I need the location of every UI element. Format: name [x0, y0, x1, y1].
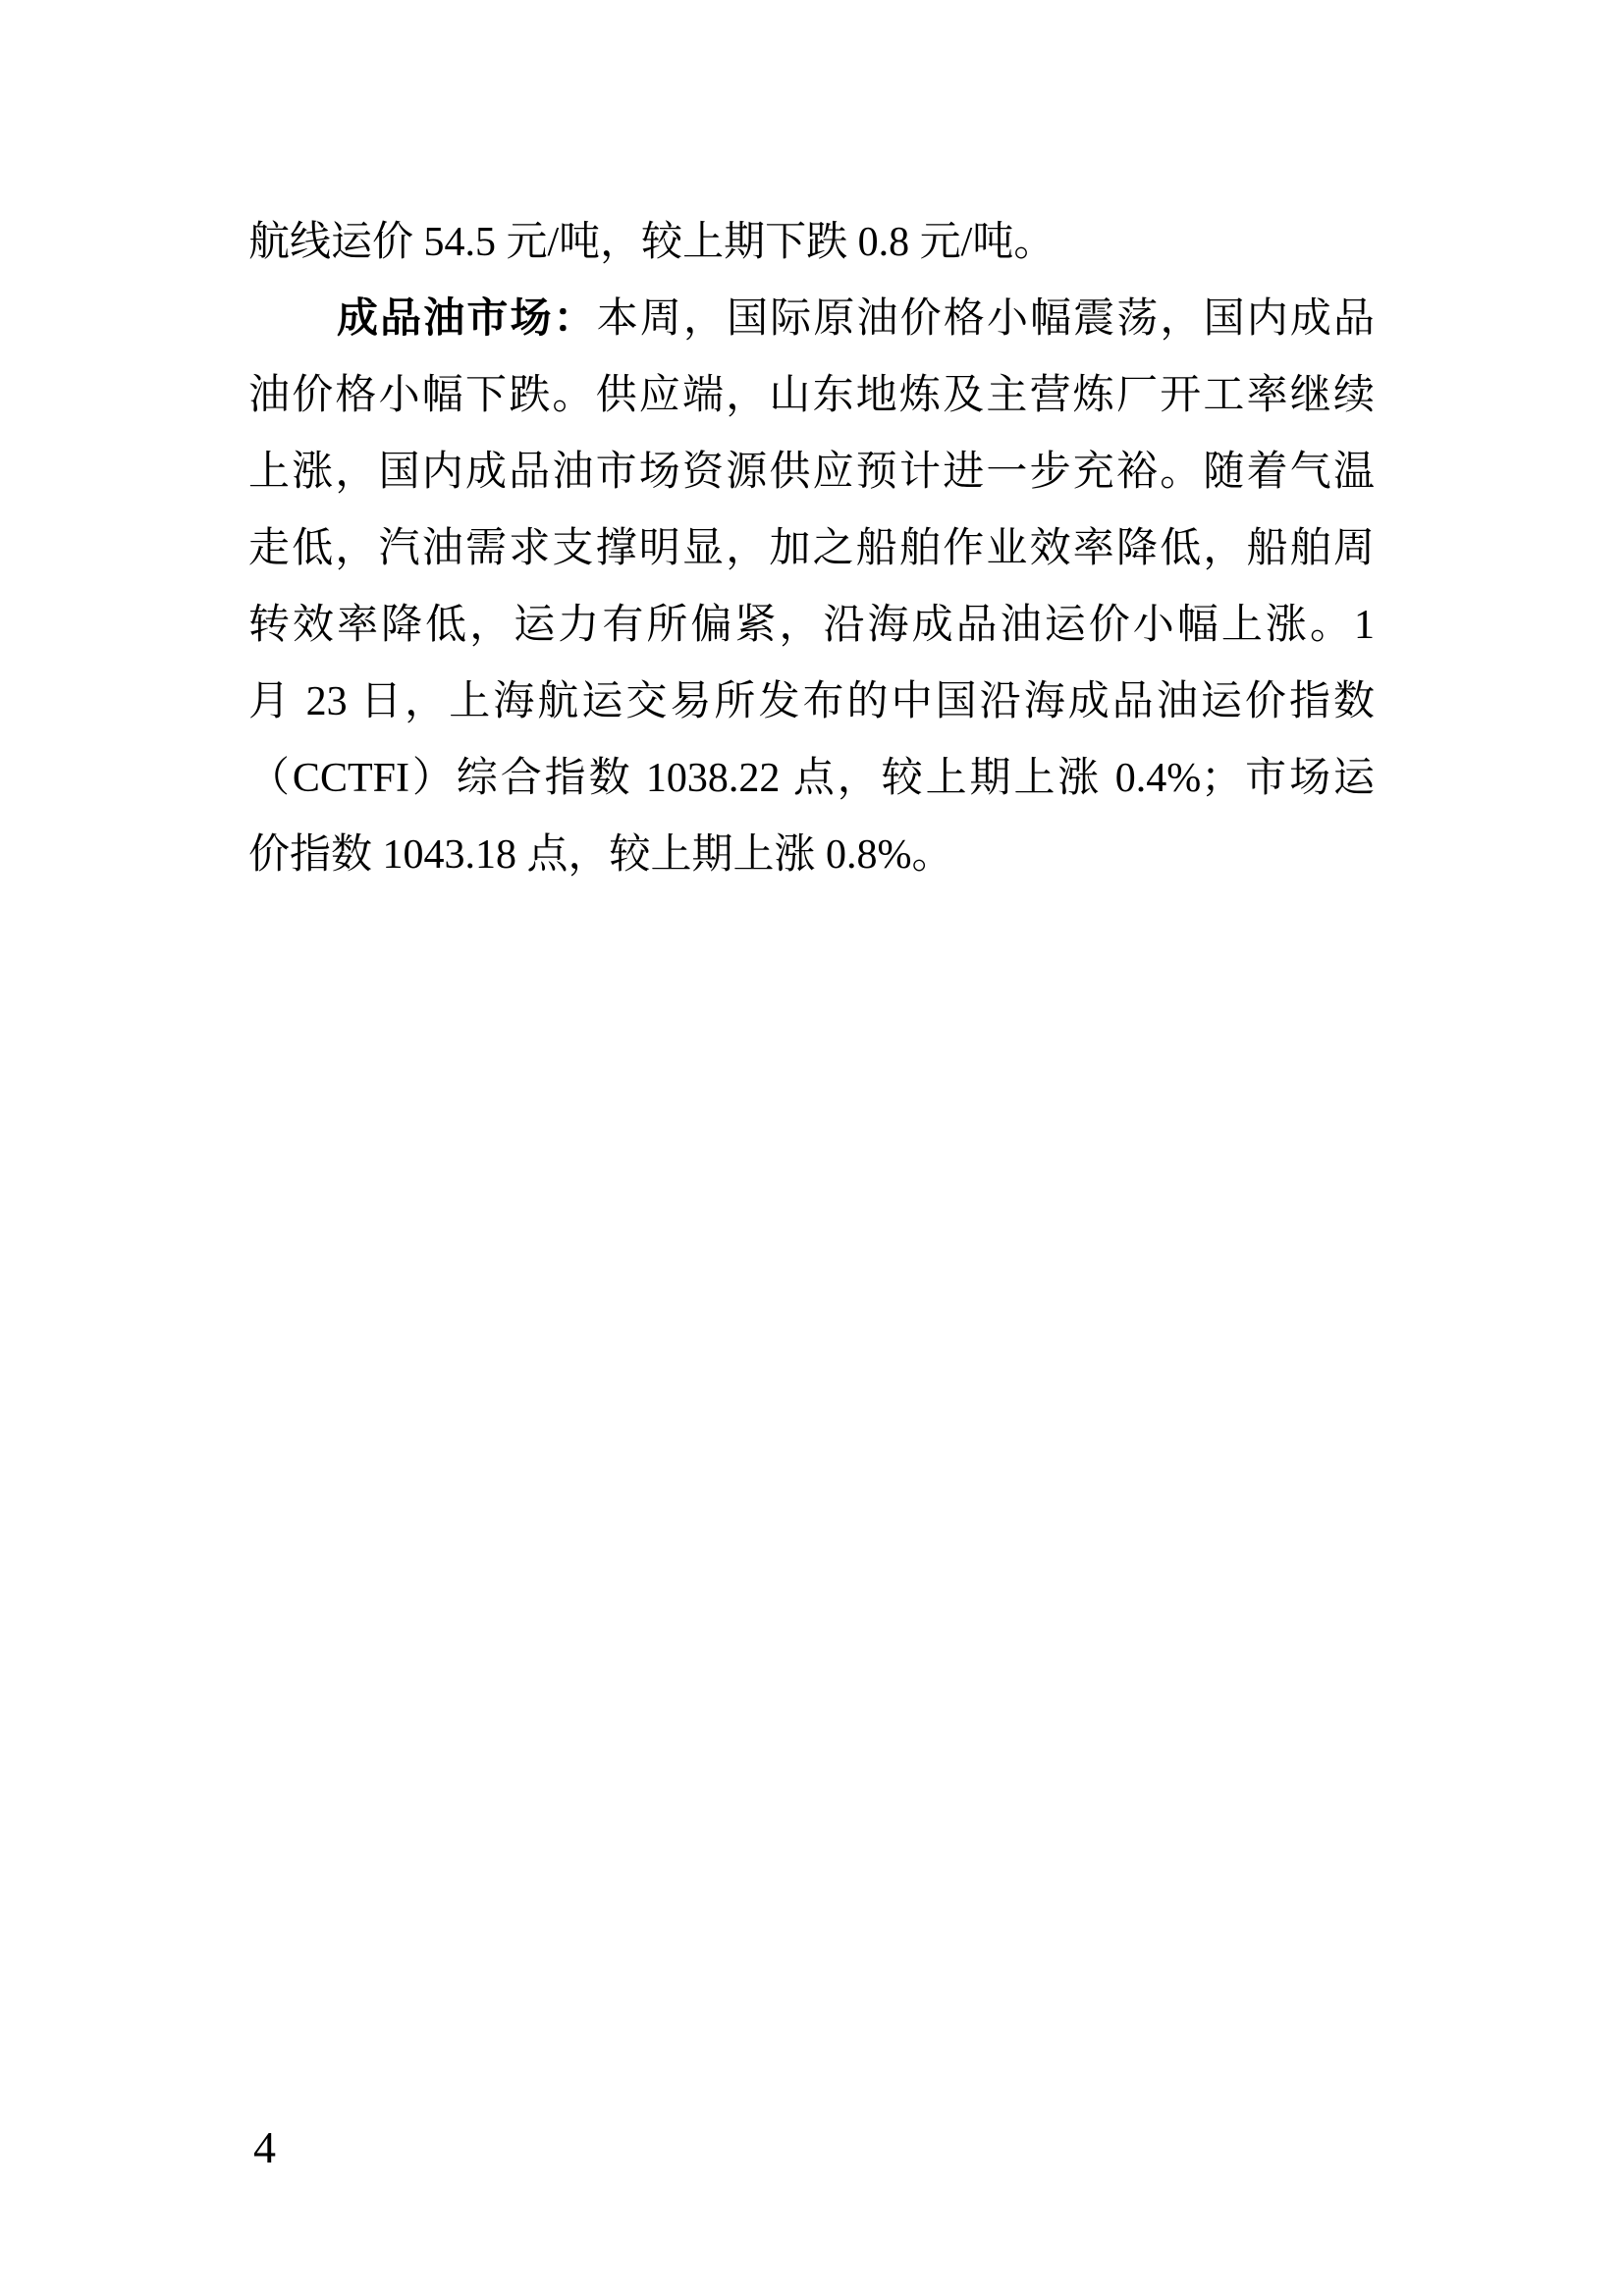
paragraph-2-line-3: 上涨，国内成品油市场资源供应预计进一步充裕。随着气温	[248, 434, 1375, 510]
paragraph-2-line-7: （CCTFI）综合指数 1038.22 点，较上期上涨 0.4%；市场运	[248, 740, 1375, 817]
paragraph-2-line-1-text: 本周，国际原油价格小幅震荡，国内成品	[597, 296, 1375, 342]
paragraph-2-line-2: 油价格小幅下跌。供应端，山东地炼及主营炼厂开工率继续	[248, 357, 1375, 434]
paragraph-2-bold-lead: 成品油市场：	[337, 296, 597, 342]
document-page: 航线运价 54.5 元/吨，较上期下跌 0.8 元/吨。 成品油市场：本周，国际…	[0, 0, 1624, 2296]
report-body-text: 航线运价 54.5 元/吨，较上期下跌 0.8 元/吨。 成品油市场：本周，国际…	[248, 204, 1375, 893]
paragraph-2-line-5: 转效率降低，运力有所偏紧，沿海成品油运价小幅上涨。1	[248, 587, 1375, 664]
page-number: 4	[253, 2118, 276, 2177]
paragraph-2-line-8: 价指数 1043.18 点，较上期上涨 0.8%。	[248, 817, 1375, 893]
paragraph-2-line-1: 成品油市场：本周，国际原油价格小幅震荡，国内成品	[248, 281, 1375, 357]
paragraph-2-line-6: 月 23 日，上海航运交易所发布的中国沿海成品油运价指数	[248, 664, 1375, 740]
paragraph-2-line-4: 走低，汽油需求支撑明显，加之船舶作业效率降低，船舶周	[248, 510, 1375, 587]
paragraph-1-line-1: 航线运价 54.5 元/吨，较上期下跌 0.8 元/吨。	[248, 204, 1375, 281]
